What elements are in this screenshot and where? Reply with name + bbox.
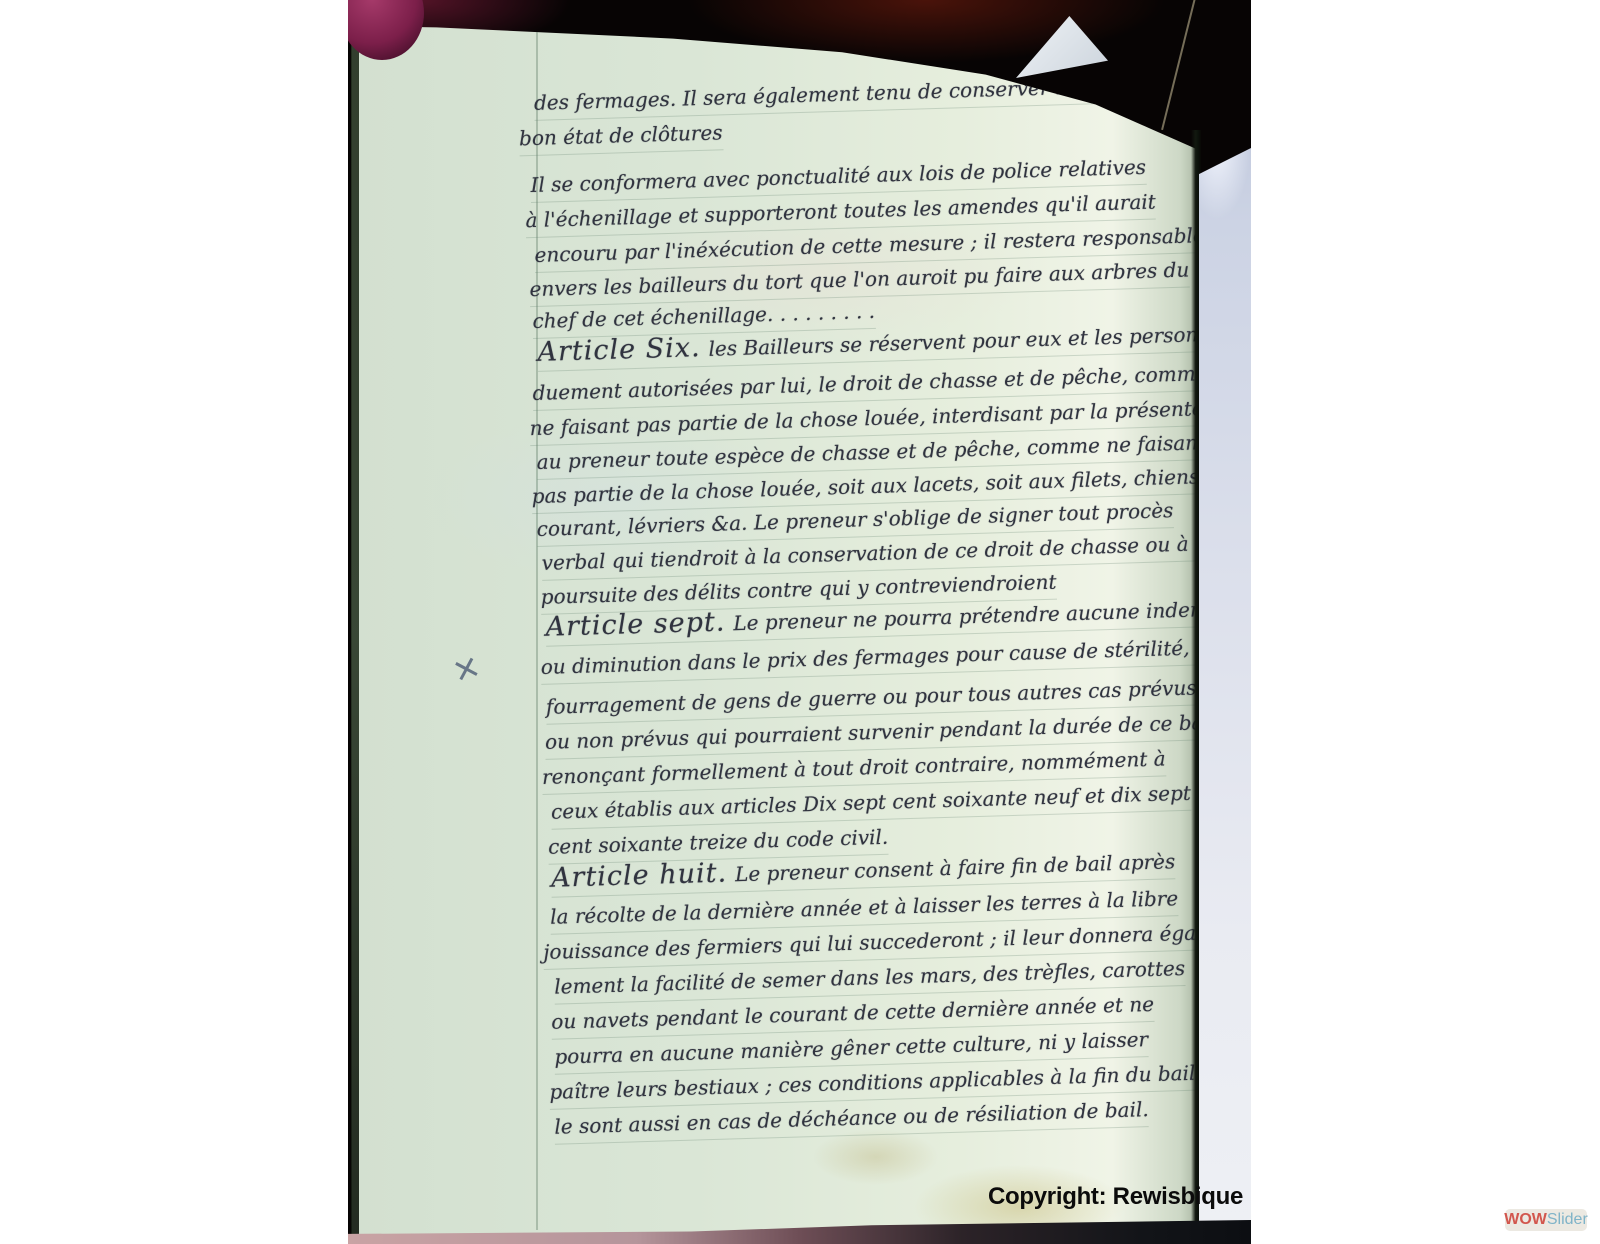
pencil-cross-mark: + [443,641,492,695]
manuscript-text: des fermages. Il sera également tenu de … [529,0,1251,1243]
manuscript-line-text: bon état de clôtures [519,120,723,150]
next-page-edge: 5 [1199,0,1251,1244]
wowslider-watermark[interactable]: WOWSlider [1505,1209,1587,1231]
copyright-text: Copyright: Rewisbique [988,1183,1243,1211]
manuscript-line-text: cent soixante treize du code civil. [548,825,889,859]
article-heading: Article Six. [537,332,709,368]
manuscript-line-text: des fermages. Il sera également tenu de … [534,72,1176,115]
manuscript-line: bon état de clôtures [519,117,723,156]
manuscript-page: des fermages. Il sera également tenu de … [352,0,1197,1244]
article-heading: Article sept. [545,606,734,643]
paper-corner [1016,16,1108,78]
wowslider-slider-label: Slider [1547,1211,1588,1229]
article-heading: Article huit. [551,857,736,893]
page-left-edge [351,24,359,1236]
string-fiber [1161,0,1197,130]
manuscript-line-text: chef de cet échenillage. . . . . . . . . [532,299,875,333]
manuscript-line: des fermages. Il sera également tenu de … [534,69,1176,121]
manuscript-photo: des fermages. Il sera également tenu de … [348,0,1251,1244]
slideshow-stage: des fermages. Il sera également tenu de … [0,0,1600,1244]
wowslider-wow-label: WOW [1504,1211,1547,1229]
page-number: 5 [1212,56,1244,105]
